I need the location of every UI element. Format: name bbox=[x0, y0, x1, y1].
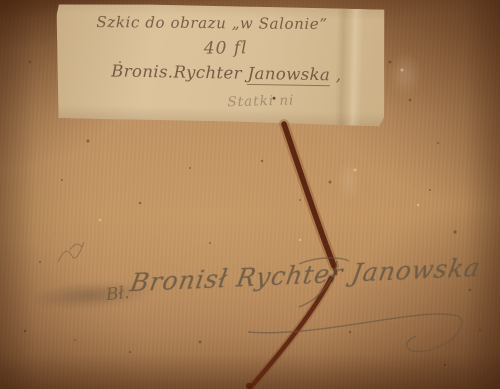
scribble-marks-icon bbox=[58, 242, 84, 262]
artwork-back-photo: Szkic do obrazu „w Salonie” 40 fl Bronis… bbox=[0, 0, 500, 389]
erased-letters: Bł. bbox=[105, 283, 130, 305]
label-price-line: 40 fl bbox=[204, 38, 248, 58]
label-artist-line: Bronis.Rychter Janowska , bbox=[111, 61, 342, 84]
artist-last-name: Janowska bbox=[247, 64, 330, 86]
faint-pencil-note: Statki ni bbox=[227, 92, 294, 110]
paint-streak-icon bbox=[246, 124, 336, 389]
artist-first-name: Bronis.Rychter bbox=[111, 61, 248, 82]
label-title-line: Szkic do obrazu „w Salonie” bbox=[96, 13, 327, 33]
scuff-mark bbox=[388, 52, 422, 96]
paper-label: Szkic do obrazu „w Salonie” 40 fl Bronis… bbox=[54, 1, 387, 127]
artist-suffix: , bbox=[330, 65, 342, 84]
scuff-mark bbox=[338, 158, 360, 202]
ink-dot bbox=[272, 97, 275, 100]
pencil-signature: Bronisł Rychter Janowska bbox=[128, 253, 483, 298]
